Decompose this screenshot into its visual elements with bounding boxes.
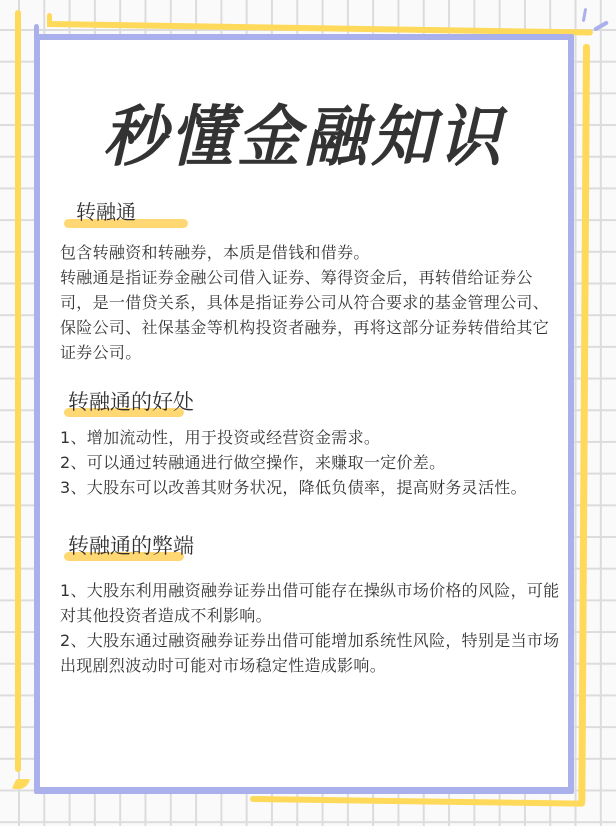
list-item: 2、大股东通过融资融券证券出借可能增加系统性风险，特别是当市场出现剧烈波动时可能… (60, 628, 560, 678)
section-heading: 转融通的弊端 (66, 532, 196, 560)
yellow-corner-brush (12, 779, 31, 789)
yellow-frame-bottom-stroke (250, 796, 585, 807)
list-item: 2、可以通过转融通进行做空操作，来赚取一定价差。 (60, 450, 560, 475)
list-item: 3、大股东可以改善其财务状况，降低负债率，提高财务灵活性。 (60, 475, 560, 500)
yellow-frame-right-stroke (578, 44, 590, 804)
content-card: 秒懂金融知识 转融通 包含转融资和转融券，本质是借钱和借券。 转融通是指证券金融… (40, 40, 568, 788)
list-item: 1、大股东利用融资融券证券出借可能存在操纵市场价格的风险，可能对其他投资者造成不… (60, 578, 560, 628)
page-title: 秒懂金融知识 (40, 84, 568, 180)
yellow-frame-left-stroke (15, 10, 21, 772)
section-benefits: 转融通的好处 1、增加流动性，用于投资或经营资金需求。 2、可以通过转融通进行做… (60, 388, 560, 500)
list-item: 1、增加流动性，用于投资或经营资金需求。 (60, 425, 560, 450)
paragraph: 包含转融资和转融券，本质是借钱和借券。 (60, 240, 560, 265)
section-heading-text: 转融通的弊端 (68, 534, 194, 558)
sparkle-stroke-icon (582, 8, 587, 22)
section-heading: 转融通的好处 (66, 388, 196, 416)
section-drawbacks: 转融通的弊端 1、大股东利用融资融券证券出借可能存在操纵市场价格的风险，可能对其… (60, 532, 560, 678)
section-zhuanrongtong: 转融通 包含转融资和转融券，本质是借钱和借券。 转融通是指证券金融公司借入证券、… (60, 198, 560, 365)
paragraph: 转融通是指证券金融公司借入证券、筹得资金后，再转借给证券公司，是一借贷关系，具体… (60, 265, 560, 365)
section-heading-text: 转融通的好处 (68, 390, 194, 414)
section-heading: 转融通 (74, 198, 138, 226)
sparkle-stroke-icon (593, 20, 609, 31)
section-heading-text: 转融通 (76, 200, 136, 224)
